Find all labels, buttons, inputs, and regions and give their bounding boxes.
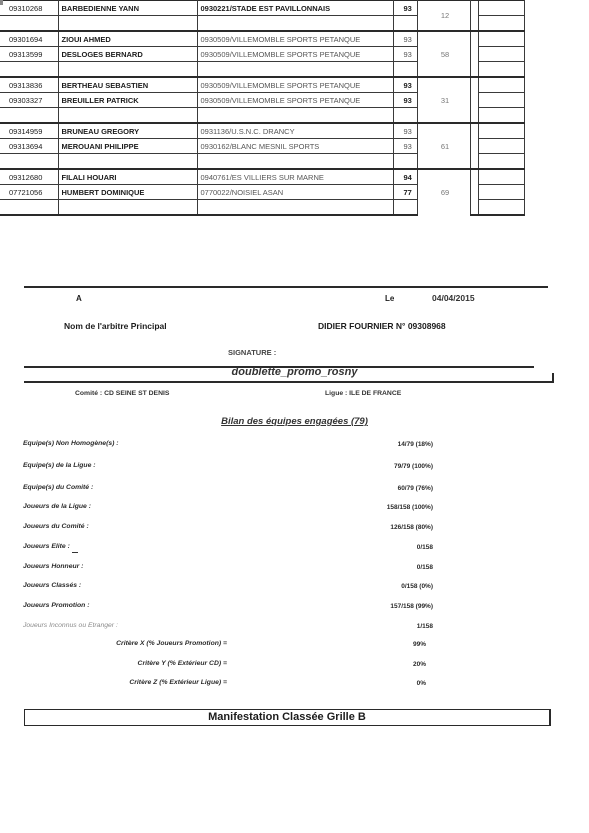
stat-value: 126/158 (80%) [390, 524, 433, 531]
player-name-cell: BERTHEAU SEBASTIEN [58, 77, 197, 93]
stat-label: Joueurs Elite : [23, 543, 70, 550]
score-cell [478, 62, 524, 78]
stat-value: 157/158 (99%) [390, 603, 433, 610]
player-name-cell: HUMBERT DOMINIQUE [58, 185, 197, 200]
department-cell: 93 [393, 139, 417, 154]
license-cell [0, 62, 58, 78]
spacer-cell [470, 123, 478, 139]
department-cell [393, 154, 417, 170]
spacer-cell [470, 47, 478, 62]
bilan-title: Bilan des équipes engagées (79) [0, 416, 589, 427]
score-cell [478, 108, 524, 124]
license-cell: 09310268 [0, 1, 58, 16]
stat-label: Joueurs Inconnus ou Etranger : [23, 622, 118, 629]
spacer-cell [470, 108, 478, 124]
player-name-cell: BRUNEAU GREGORY [58, 123, 197, 139]
license-cell: 09313694 [0, 139, 58, 154]
spacer-cell [470, 1, 478, 16]
score-cell [478, 200, 524, 216]
title-bottom-rule [24, 381, 554, 383]
location-label: A [76, 294, 82, 303]
department-cell [393, 16, 417, 32]
criterion-value: 99% [413, 641, 426, 648]
player-name-cell: ZIOUI AHMED [58, 31, 197, 47]
stat-label: Joueurs du Comité : [23, 523, 89, 530]
department-cell: 93 [393, 77, 417, 93]
table-row: 09313836BERTHEAU SEBASTIEN0930509/VILLEM… [0, 77, 524, 93]
department-cell: 93 [393, 47, 417, 62]
department-cell [393, 62, 417, 78]
player-name-cell: DESLOGES BERNARD [58, 47, 197, 62]
department-cell: 94 [393, 169, 417, 185]
spacer-cell [470, 154, 478, 170]
stat-label: Joueurs Classés : [23, 582, 81, 589]
spacer-cell [470, 16, 478, 32]
club-cell: 0930509/VILLEMOMBLE SPORTS PETANQUE [197, 47, 393, 62]
license-cell: 09313599 [0, 47, 58, 62]
spacer-cell [470, 185, 478, 200]
ligue-label: Ligue : ILE DE FRANCE [325, 390, 401, 397]
scan-artifact [0, 0, 3, 5]
team-number-cell: 58 [417, 31, 470, 77]
team-number-cell: 61 [417, 123, 470, 169]
score-cell [478, 93, 524, 108]
criterion-value: 0% [417, 680, 426, 687]
department-cell: 93 [393, 93, 417, 108]
date-value: 04/04/2015 [432, 293, 475, 303]
score-cell [478, 1, 524, 16]
classification-box: Manifestation Classée Grille B [24, 709, 551, 726]
referee-value: DIDIER FOURNIER N° 09308968 [318, 321, 446, 331]
table-bottom-rule [24, 286, 548, 288]
stat-value: 14/79 (18%) [398, 441, 433, 448]
score-cell [478, 31, 524, 47]
license-cell: 07721056 [0, 185, 58, 200]
score-cell [478, 154, 524, 170]
stat-value: 158/158 (100%) [387, 504, 433, 511]
referee-label: Nom de l'arbitre Principal [64, 321, 167, 331]
criterion-value: 20% [413, 661, 426, 668]
club-cell: 0930509/VILLEMOMBLE SPORTS PETANQUE [197, 77, 393, 93]
department-cell: 77 [393, 185, 417, 200]
stat-value: 1/158 [417, 623, 433, 630]
spacer-cell [470, 31, 478, 47]
stat-label: Equipe(s) du Comité : [23, 484, 93, 491]
table-row: 09301694ZIOUI AHMED0930509/VILLEMOMBLE S… [0, 31, 524, 47]
stat-value: 79/79 (100%) [394, 463, 433, 470]
spacer-cell [470, 139, 478, 154]
competition-title: doublette_promo_rosny [0, 366, 589, 378]
team-number-cell: 31 [417, 77, 470, 123]
stat-value: 60/79 (76%) [398, 485, 433, 492]
stat-value: 0/158 [417, 564, 433, 571]
comite-label: Comité : CD SEINE ST DENIS [75, 390, 169, 397]
club-cell: 0930509/VILLEMOMBLE SPORTS PETANQUE [197, 31, 393, 47]
criterion-label: Critère X (% Joueurs Promotion) = [116, 640, 227, 647]
player-name-cell [58, 62, 197, 78]
criterion-label: Critère Y (% Extérieur CD) = [138, 660, 227, 667]
club-cell: 0930221/STADE EST PAVILLONNAIS [197, 1, 393, 16]
club-cell: 0940761/ES VILLIERS SUR MARNE [197, 169, 393, 185]
club-cell [197, 62, 393, 78]
department-cell: 93 [393, 1, 417, 16]
club-cell: 0930162/BLANC MESNIL SPORTS [197, 139, 393, 154]
spacer-cell [470, 62, 478, 78]
license-cell [0, 154, 58, 170]
department-cell [393, 200, 417, 216]
license-cell [0, 108, 58, 124]
player-name-cell: BREUILLER PATRICK [58, 93, 197, 108]
stat-value: 0/158 [417, 544, 433, 551]
spacer-cell [470, 77, 478, 93]
team-number-cell: 12 [417, 1, 470, 32]
table-row: 09312680FILALI HOUARI0940761/ES VILLIERS… [0, 169, 524, 185]
teams-table: 09310268BARBEDIENNE YANN0930221/STADE ES… [0, 0, 525, 216]
scan-artifact [72, 552, 78, 553]
stat-label: Equipe(s) de la Ligue : [23, 462, 96, 469]
team-number-cell: 69 [417, 169, 470, 215]
club-cell: 0931136/U.S.N.C. DRANCY [197, 123, 393, 139]
player-name-cell [58, 108, 197, 124]
score-cell [478, 185, 524, 200]
department-cell [393, 108, 417, 124]
stat-label: Joueurs Promotion : [23, 602, 89, 609]
spacer-cell [470, 169, 478, 185]
stat-label: Joueurs Honneur : [23, 563, 83, 570]
criterion-label: Critère Z (% Extérieur Ligue) = [129, 679, 227, 686]
title-rule-tick [552, 373, 554, 382]
license-cell: 09314959 [0, 123, 58, 139]
license-cell [0, 16, 58, 32]
player-name-cell: BARBEDIENNE YANN [58, 1, 197, 16]
score-cell [478, 169, 524, 185]
score-cell [478, 139, 524, 154]
stat-value: 0/158 (0%) [401, 583, 433, 590]
club-cell [197, 200, 393, 216]
table-row: 09310268BARBEDIENNE YANN0930221/STADE ES… [0, 1, 524, 16]
spacer-cell [470, 200, 478, 216]
score-cell [478, 77, 524, 93]
date-label: Le [385, 294, 394, 303]
player-name-cell [58, 154, 197, 170]
player-name-cell: MEROUANI PHILIPPE [58, 139, 197, 154]
spacer-cell [470, 93, 478, 108]
player-name-cell [58, 200, 197, 216]
score-cell [478, 16, 524, 32]
license-cell: 09301694 [0, 31, 58, 47]
club-cell: 0770022/NOISIEL ASAN [197, 185, 393, 200]
club-cell [197, 16, 393, 32]
club-cell [197, 154, 393, 170]
signature-label: SIGNATURE : [228, 348, 276, 357]
club-cell [197, 108, 393, 124]
department-cell: 93 [393, 123, 417, 139]
table-row: 09314959BRUNEAU GREGORY0931136/U.S.N.C. … [0, 123, 524, 139]
stat-label: Equipe(s) Non Homogène(s) : [23, 440, 119, 447]
department-cell: 93 [393, 31, 417, 47]
license-cell [0, 200, 58, 216]
player-name-cell: FILALI HOUARI [58, 169, 197, 185]
license-cell: 09313836 [0, 77, 58, 93]
score-cell [478, 123, 524, 139]
score-cell [478, 47, 524, 62]
player-name-cell [58, 16, 197, 32]
license-cell: 09303327 [0, 93, 58, 108]
stat-label: Joueurs de la Ligue : [23, 503, 91, 510]
license-cell: 09312680 [0, 169, 58, 185]
club-cell: 0930509/VILLEMOMBLE SPORTS PETANQUE [197, 93, 393, 108]
